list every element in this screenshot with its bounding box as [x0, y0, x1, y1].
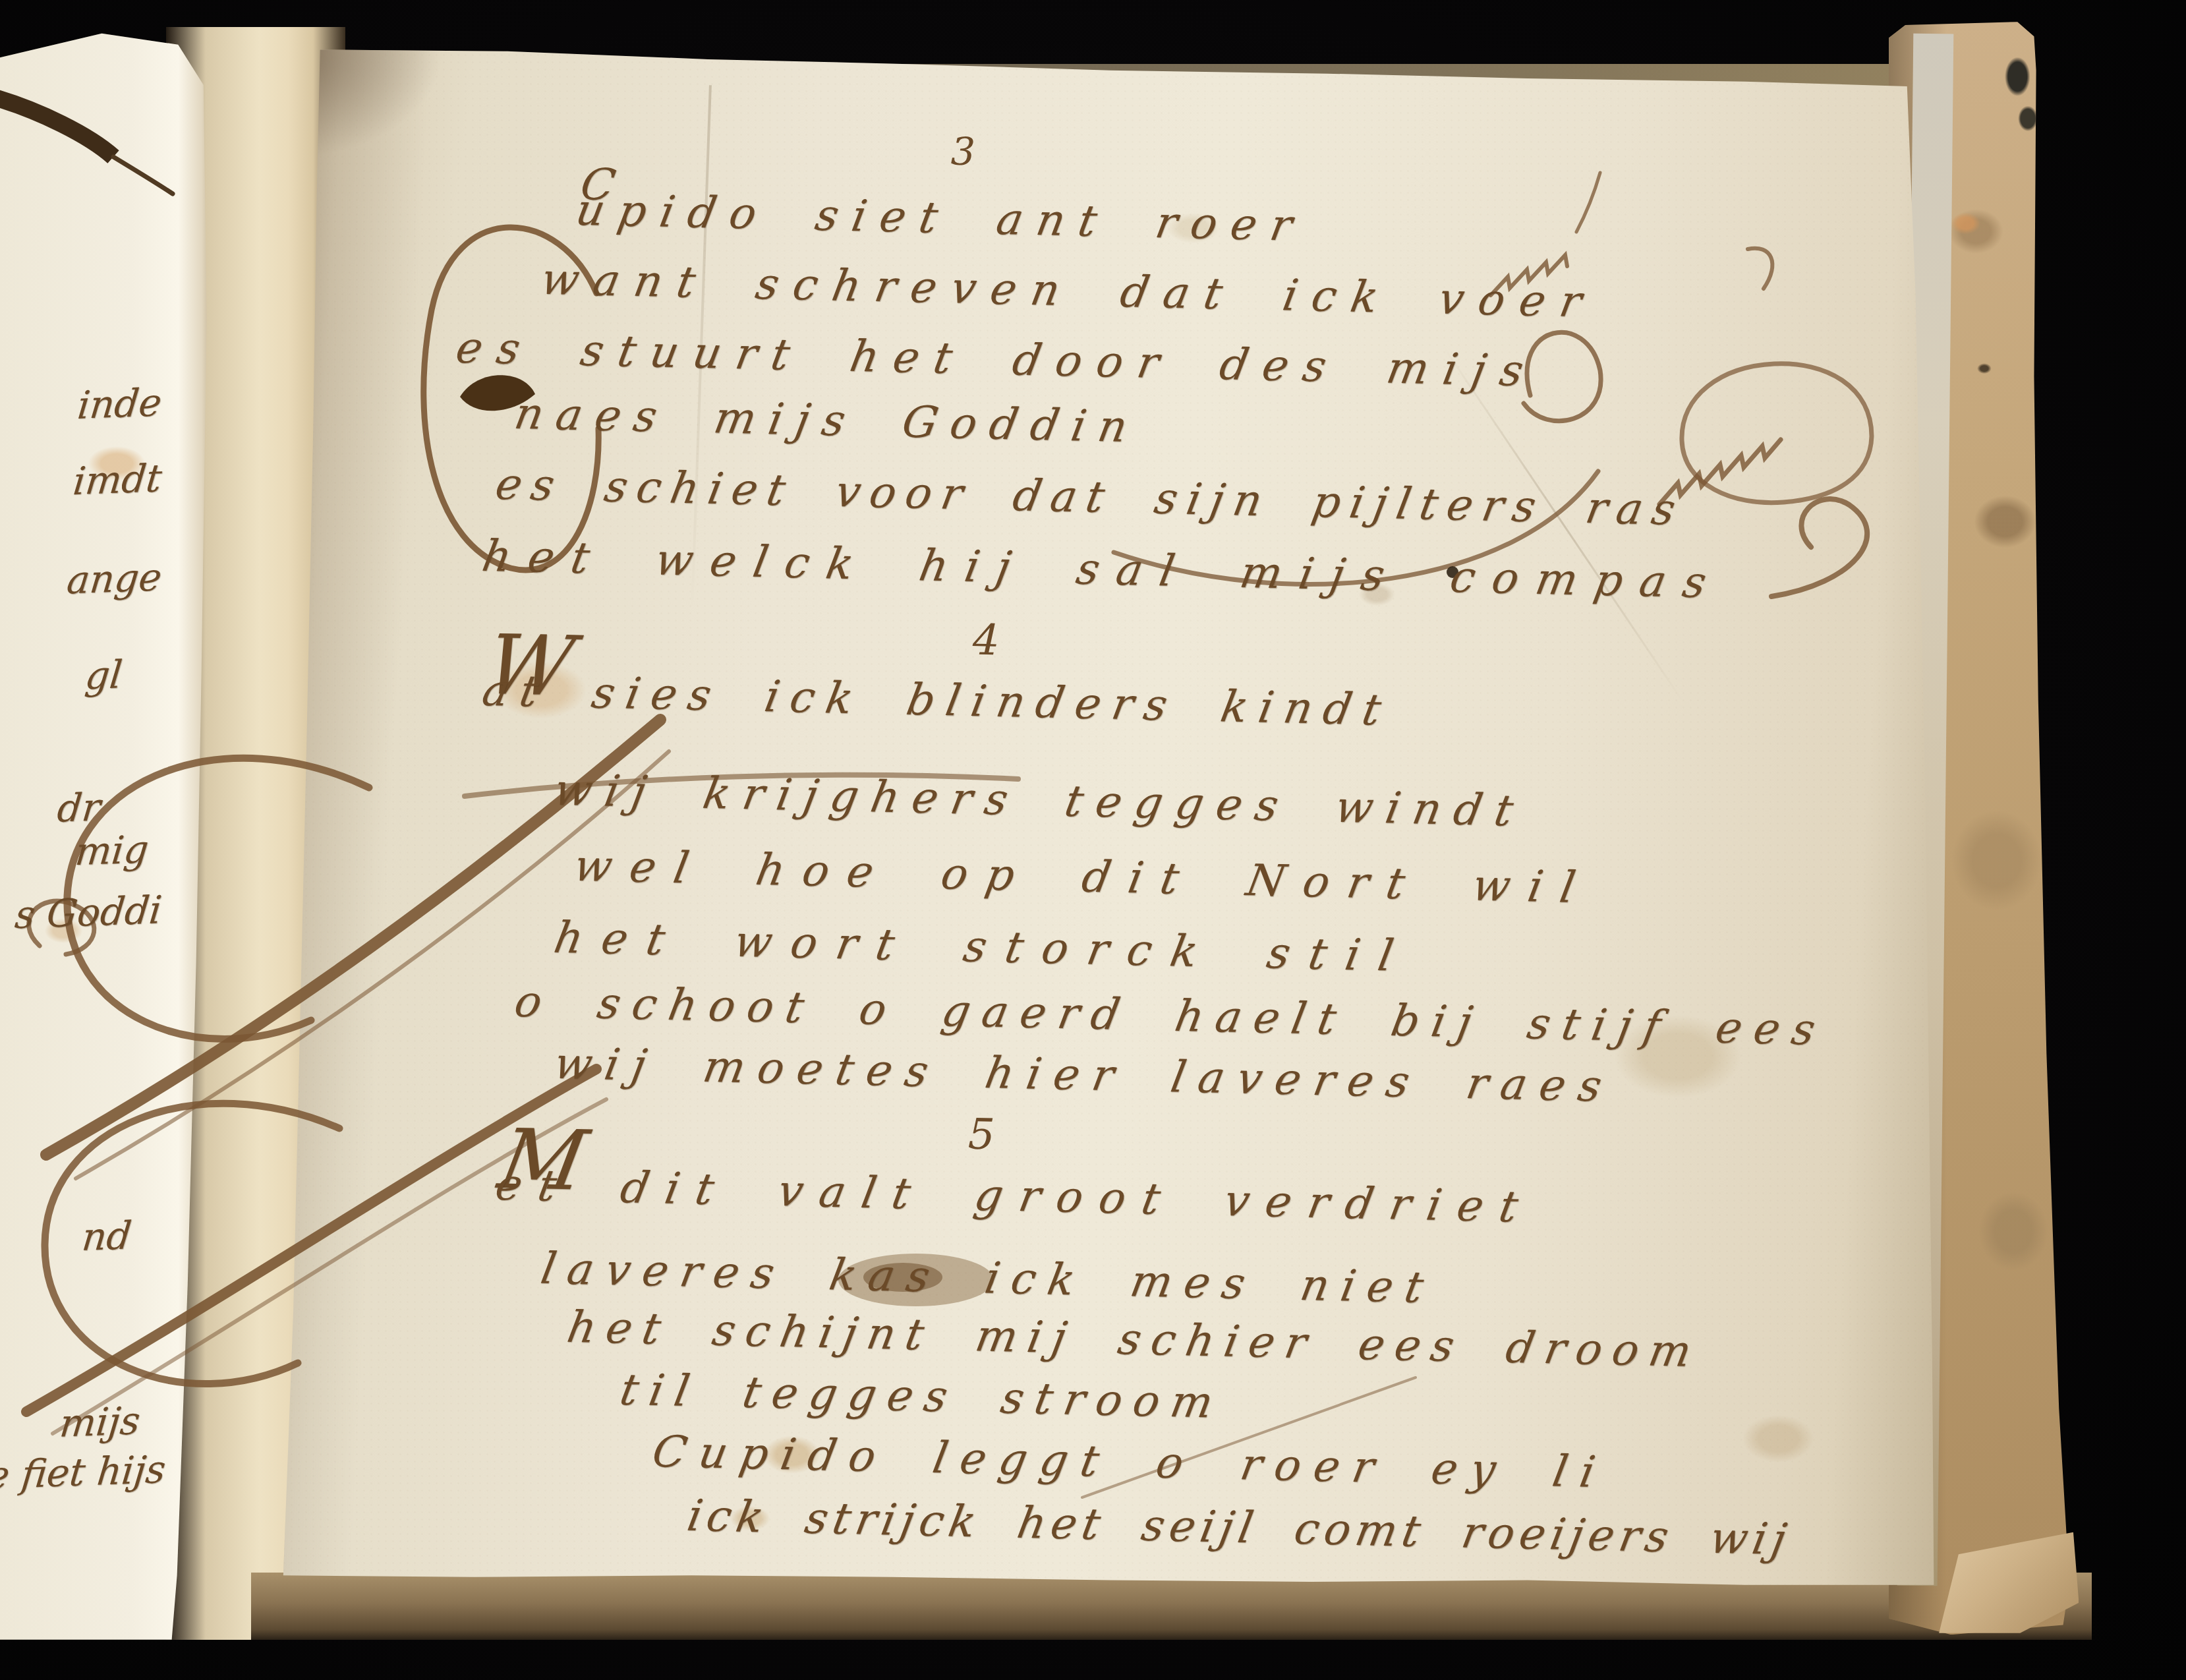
right-page	[273, 37, 1946, 1629]
left-page	[0, 28, 212, 1639]
paper-texture	[273, 37, 1946, 1629]
manuscript-photo: 3 Cupido siet ant roer want schreven dat…	[0, 0, 2186, 1680]
